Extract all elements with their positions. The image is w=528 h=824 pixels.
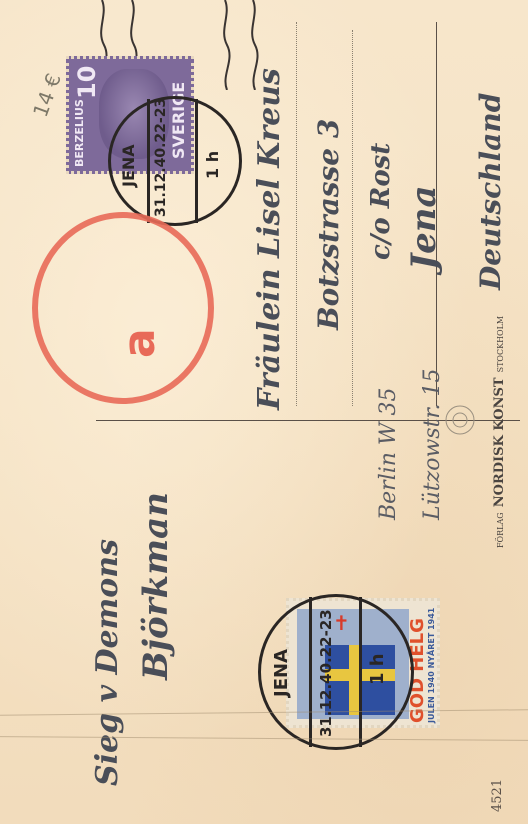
- pencil-price-note: 14 €: [28, 70, 66, 120]
- address-street: Botzstrasse 3: [312, 119, 345, 330]
- fold-crease-2: [0, 736, 528, 741]
- stamp-name: BERZELIUS: [73, 99, 86, 167]
- censor-stamp: [32, 212, 214, 404]
- postmark-date-bottom: 31.12.40.22-23: [317, 609, 335, 737]
- message-line-1: Sieg v Demons: [90, 539, 125, 786]
- address-recipient: Fräulein Lisel Kreus: [252, 68, 287, 410]
- address-country: Deutschland: [474, 93, 507, 290]
- postmark-top: JENA 31.12.40.22-23 1 h: [108, 96, 242, 226]
- publisher-name: NORDISK KONST: [492, 377, 507, 507]
- postmark-bottom: JENA 31.12.40.22-23 1 h: [258, 594, 414, 750]
- publisher-city: STOCKHOLM: [496, 316, 505, 373]
- address-care-of: c/o Rost: [366, 143, 396, 260]
- publisher-seal-icon: [440, 400, 480, 440]
- publisher-line: FÖRLAG NORDISK KONST STOCKHOLM: [488, 316, 507, 548]
- message-signature: Björkman: [136, 492, 176, 680]
- address-line-1: [296, 22, 297, 406]
- christmas-seal-subtitle: JULEN 1940 NYÅRET 1941: [427, 608, 436, 723]
- sender-street: Lützowstr. 15: [420, 369, 445, 521]
- postmark-code-bottom: 1 h: [367, 653, 388, 685]
- fold-crease: [0, 709, 528, 716]
- address-line-2: [352, 30, 353, 406]
- card-number: 4521: [490, 779, 505, 812]
- sender-city: Berlin W 35: [376, 387, 401, 520]
- address-city: Jena: [404, 186, 444, 270]
- postcard-back: 14 € BERZELIUS 10 SVERIGE JENA 31.12.40.…: [0, 0, 528, 824]
- postmark-code: 1 h: [203, 151, 222, 179]
- publisher-prefix: FÖRLAG: [496, 512, 505, 548]
- stamp-value: 10: [73, 66, 101, 99]
- postmark-city: JENA: [119, 144, 138, 187]
- postmark-date: 31.12.40.22-23: [153, 98, 169, 217]
- postmark-city-bottom: JENA: [271, 649, 292, 697]
- censor-letter: a: [114, 328, 165, 358]
